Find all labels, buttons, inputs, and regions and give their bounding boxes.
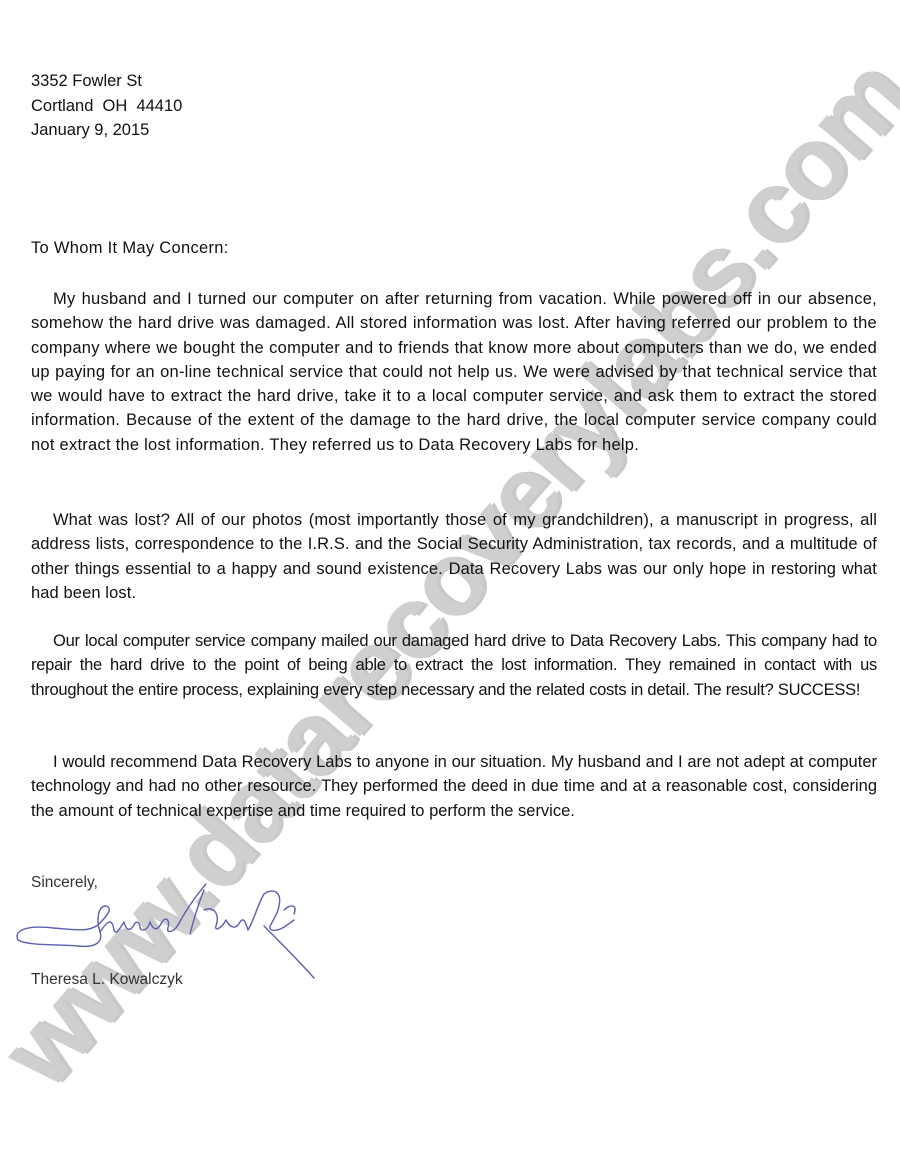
sender-street: 3352 Fowler St bbox=[31, 69, 182, 94]
signer-name: Theresa L. Kowalczyk bbox=[31, 971, 183, 989]
letter-date: January 9, 2015 bbox=[31, 118, 182, 143]
salutation: To Whom It May Concern: bbox=[31, 239, 229, 258]
paragraph-text: My husband and I turned our computer on … bbox=[31, 287, 877, 457]
sender-city-state-zip: Cortland OH 44410 bbox=[31, 94, 182, 119]
letter-body-paragraph-3: Our local computer service company maile… bbox=[31, 629, 877, 702]
paragraph-text: I would recommend Data Recovery Labs to … bbox=[31, 750, 877, 823]
paragraph-text: What was lost? All of our photos (most i… bbox=[31, 508, 877, 605]
letter-body-paragraph-2: What was lost? All of our photos (most i… bbox=[31, 508, 877, 605]
letter-body-paragraph-4: I would recommend Data Recovery Labs to … bbox=[31, 750, 877, 823]
paragraph-text: Our local computer service company maile… bbox=[31, 629, 877, 702]
letter-body-paragraph-1: My husband and I turned our computer on … bbox=[31, 287, 877, 457]
sender-address-block: 3352 Fowler St Cortland OH 44410 January… bbox=[31, 69, 182, 143]
letter-page: www.datarecoverylabs.com 3352 Fowler St … bbox=[0, 0, 900, 1165]
